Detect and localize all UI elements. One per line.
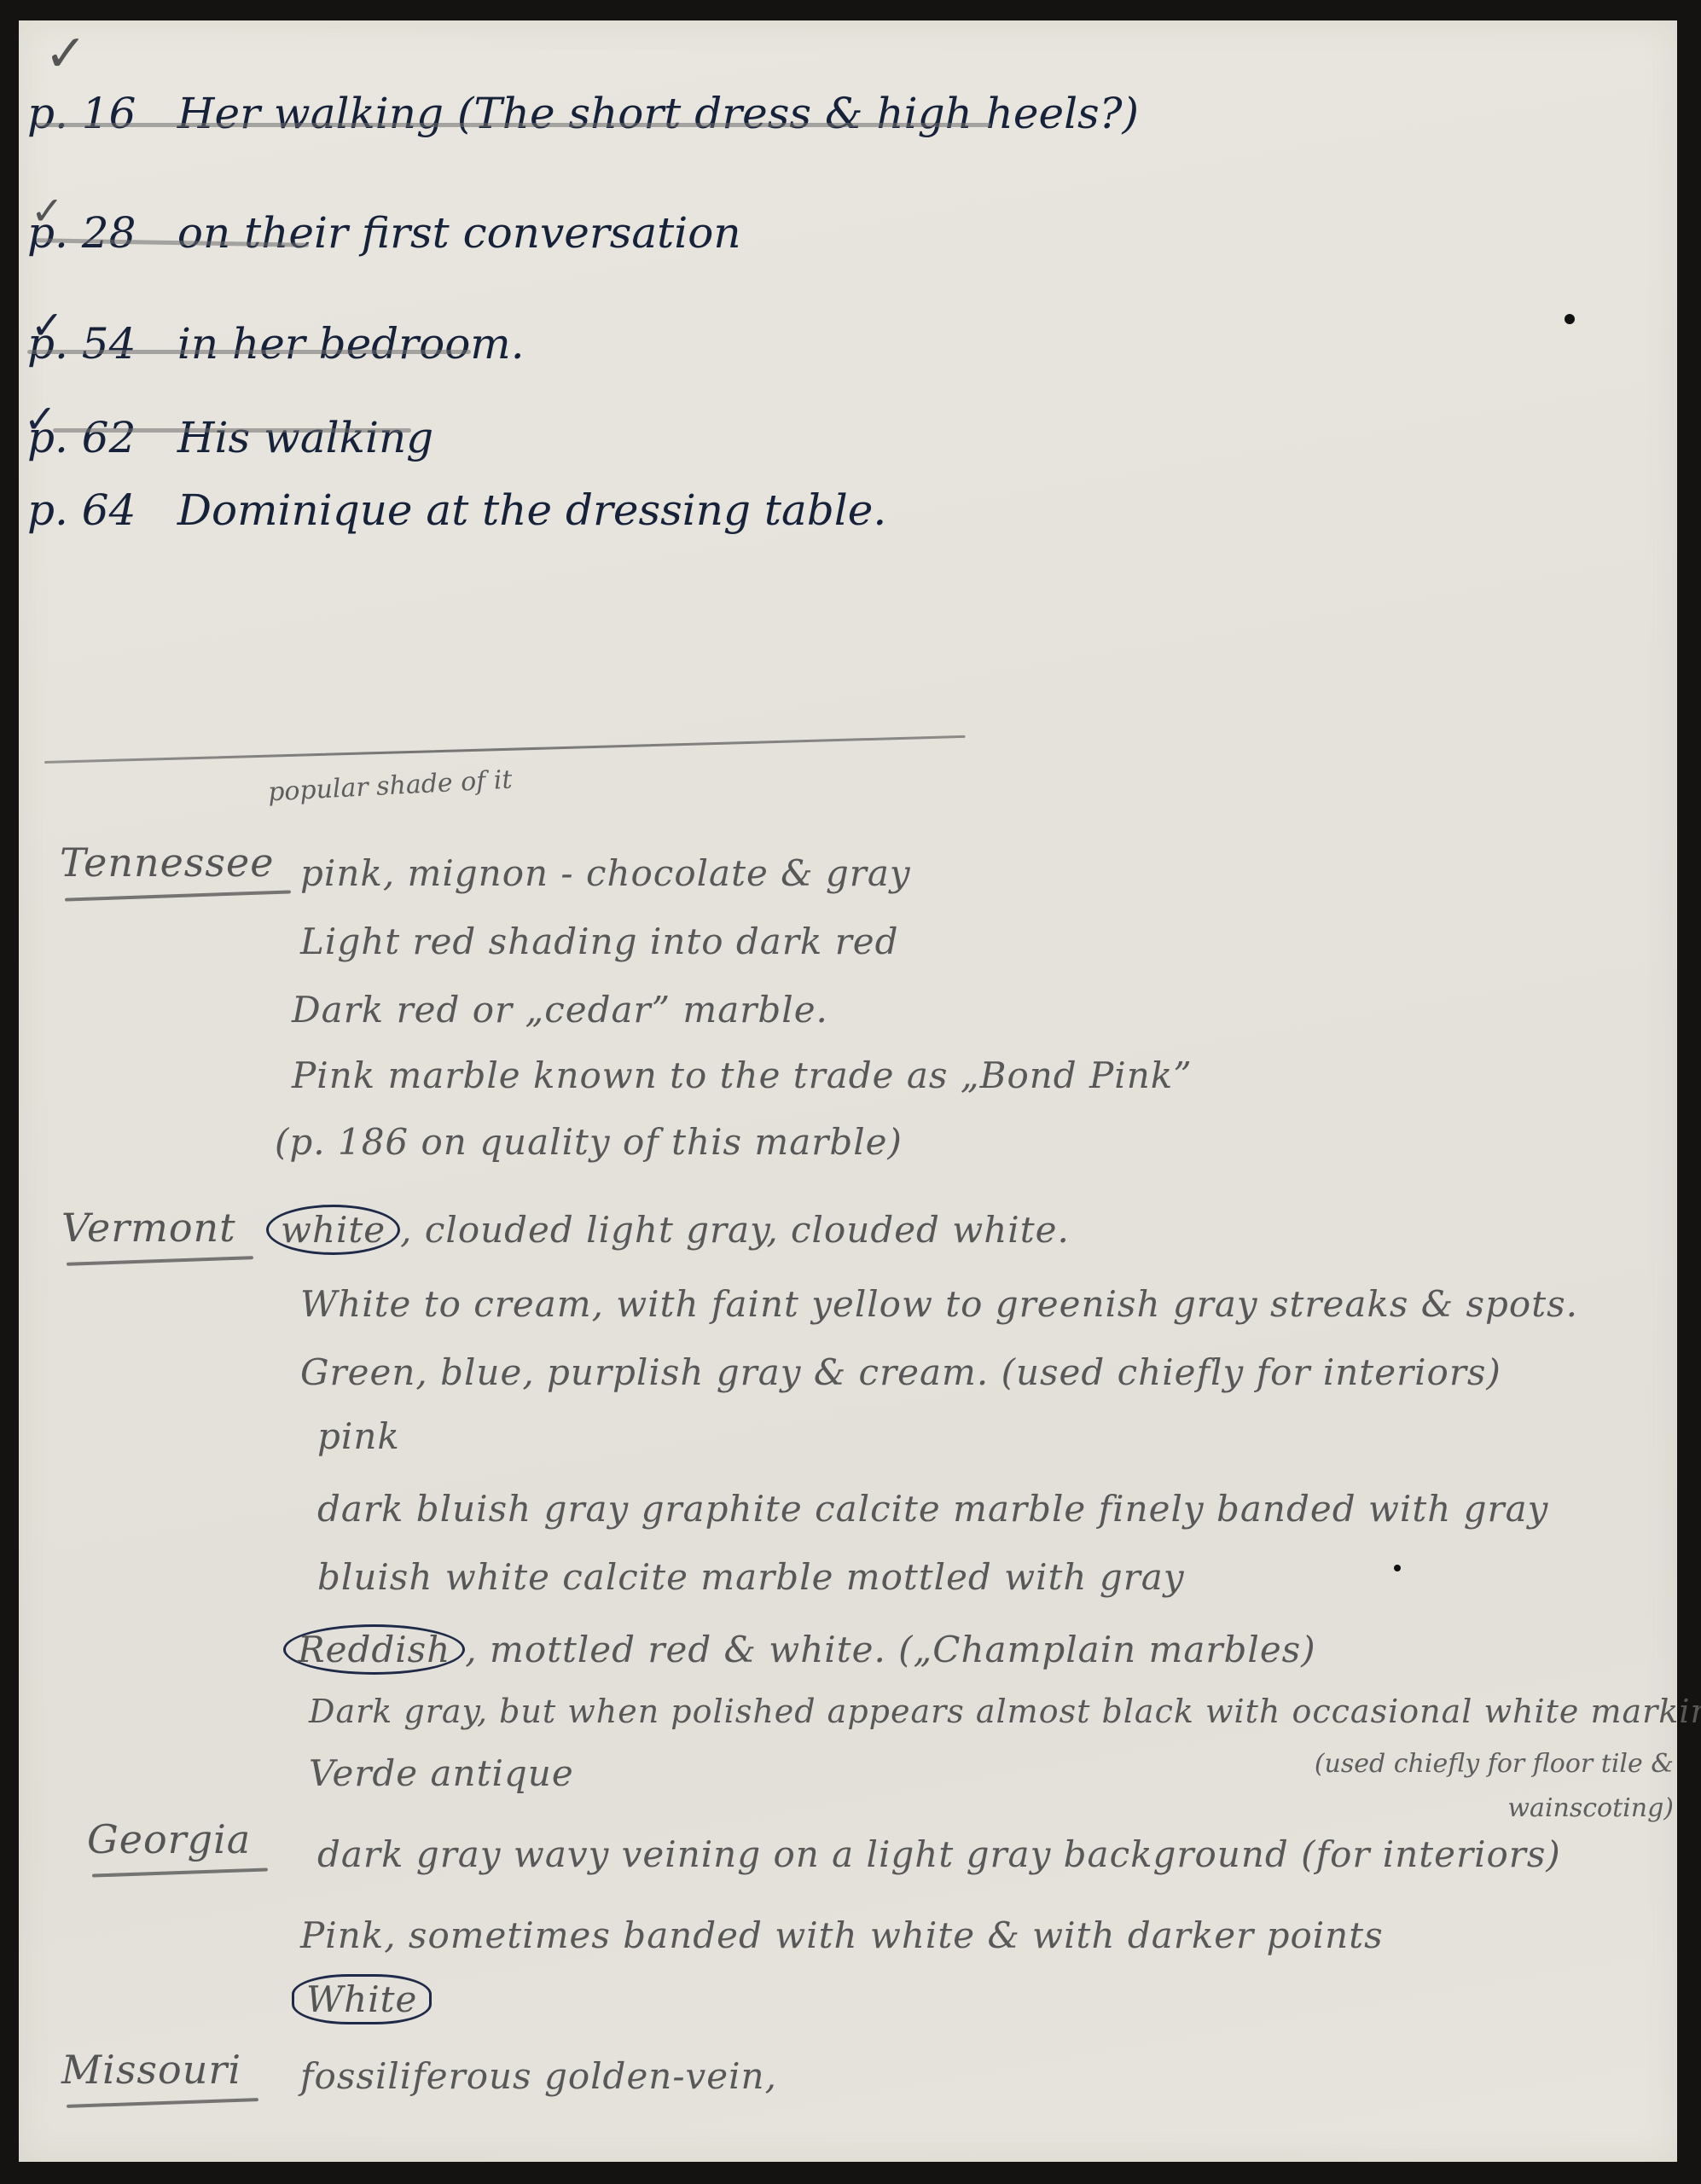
ink-entry: p. 28 on their first conversation	[27, 208, 741, 258]
section-divider	[44, 735, 966, 764]
pencil-dot	[1394, 1565, 1401, 1571]
marble-line: Green, blue, purplish gray & cream. (use…	[300, 1351, 1501, 1393]
circled-word: White	[292, 1974, 432, 2024]
marble-line: Dark gray, but when polished appears alm…	[309, 1693, 1701, 1730]
page-ref: p. 28	[27, 208, 164, 258]
ink-dot	[1565, 314, 1575, 324]
marble-line: bluish white calcite marble mottled with…	[317, 1556, 1185, 1598]
strikethrough-line	[53, 428, 411, 433]
state-label-georgia: Georgia	[87, 1816, 251, 1862]
strikethrough-line	[36, 123, 991, 127]
page-ref: p. 64	[27, 485, 164, 535]
marble-line: White to cream, with faint yellow to gre…	[300, 1283, 1578, 1325]
entry-text: in her bedroom.	[177, 319, 525, 369]
strikethrough-line	[27, 350, 471, 354]
marble-line: Pink marble known to the trade as „Bond …	[292, 1054, 1193, 1096]
marble-line: dark bluish gray graphite calcite marble…	[317, 1488, 1548, 1530]
circled-word: white	[266, 1205, 400, 1255]
page-ref: p. 16	[27, 89, 164, 138]
state-label-tennessee: Tennessee	[60, 839, 274, 886]
annotation: popular shade of it	[267, 765, 513, 808]
marble-line: Reddish, mottled red & white. („Champlai…	[283, 1624, 1316, 1675]
marble-line: fossiliferous golden-vein,	[300, 2055, 777, 2097]
ink-entry: p. 62 His walking	[27, 413, 433, 462]
marble-line: Verde antique	[309, 1752, 574, 1794]
state-label-vermont: Vermont	[61, 1205, 236, 1251]
marble-line: Dark red or „cedar” marble.	[292, 989, 828, 1031]
circled-word: Reddish	[283, 1624, 465, 1675]
ink-entry: p. 64 Dominique at the dressing table.	[27, 485, 886, 535]
marble-line: pink	[317, 1415, 400, 1457]
ink-entry: p. 16 Her walking (The short dress & hig…	[27, 89, 1139, 138]
checkmark-icon: ✓	[44, 24, 87, 84]
page-ref: p. 54	[27, 319, 164, 369]
marble-line: pink, mignon - chocolate & gray	[300, 852, 911, 894]
entry-text: on their first conversation	[177, 208, 741, 258]
marble-line: Light red shading into dark red	[300, 921, 899, 962]
entry-text: Her walking (The short dress & high heel…	[177, 89, 1139, 138]
marble-line: White	[292, 1974, 432, 2024]
entry-text: Dominique at the dressing table.	[177, 485, 886, 535]
state-label-missouri: Missouri	[61, 2047, 241, 2093]
entry-text: His walking	[177, 413, 433, 462]
marble-line: white, clouded light gray, clouded white…	[266, 1205, 1070, 1255]
side-note: (used chiefly for floor tile & wainscoti…	[1298, 1742, 1674, 1831]
marble-line: Pink, sometimes banded with white & with…	[300, 1914, 1384, 1956]
marble-line: (p. 186 on quality of this marble)	[275, 1121, 903, 1163]
marble-line: dark gray wavy veining on a light gray b…	[317, 1833, 1561, 1875]
ink-entry: p. 54 in her bedroom.	[27, 319, 525, 369]
manuscript-page: ✓ p. 16 Her walking (The short dress & h…	[19, 20, 1677, 2162]
page-ref: p. 62	[27, 413, 164, 462]
